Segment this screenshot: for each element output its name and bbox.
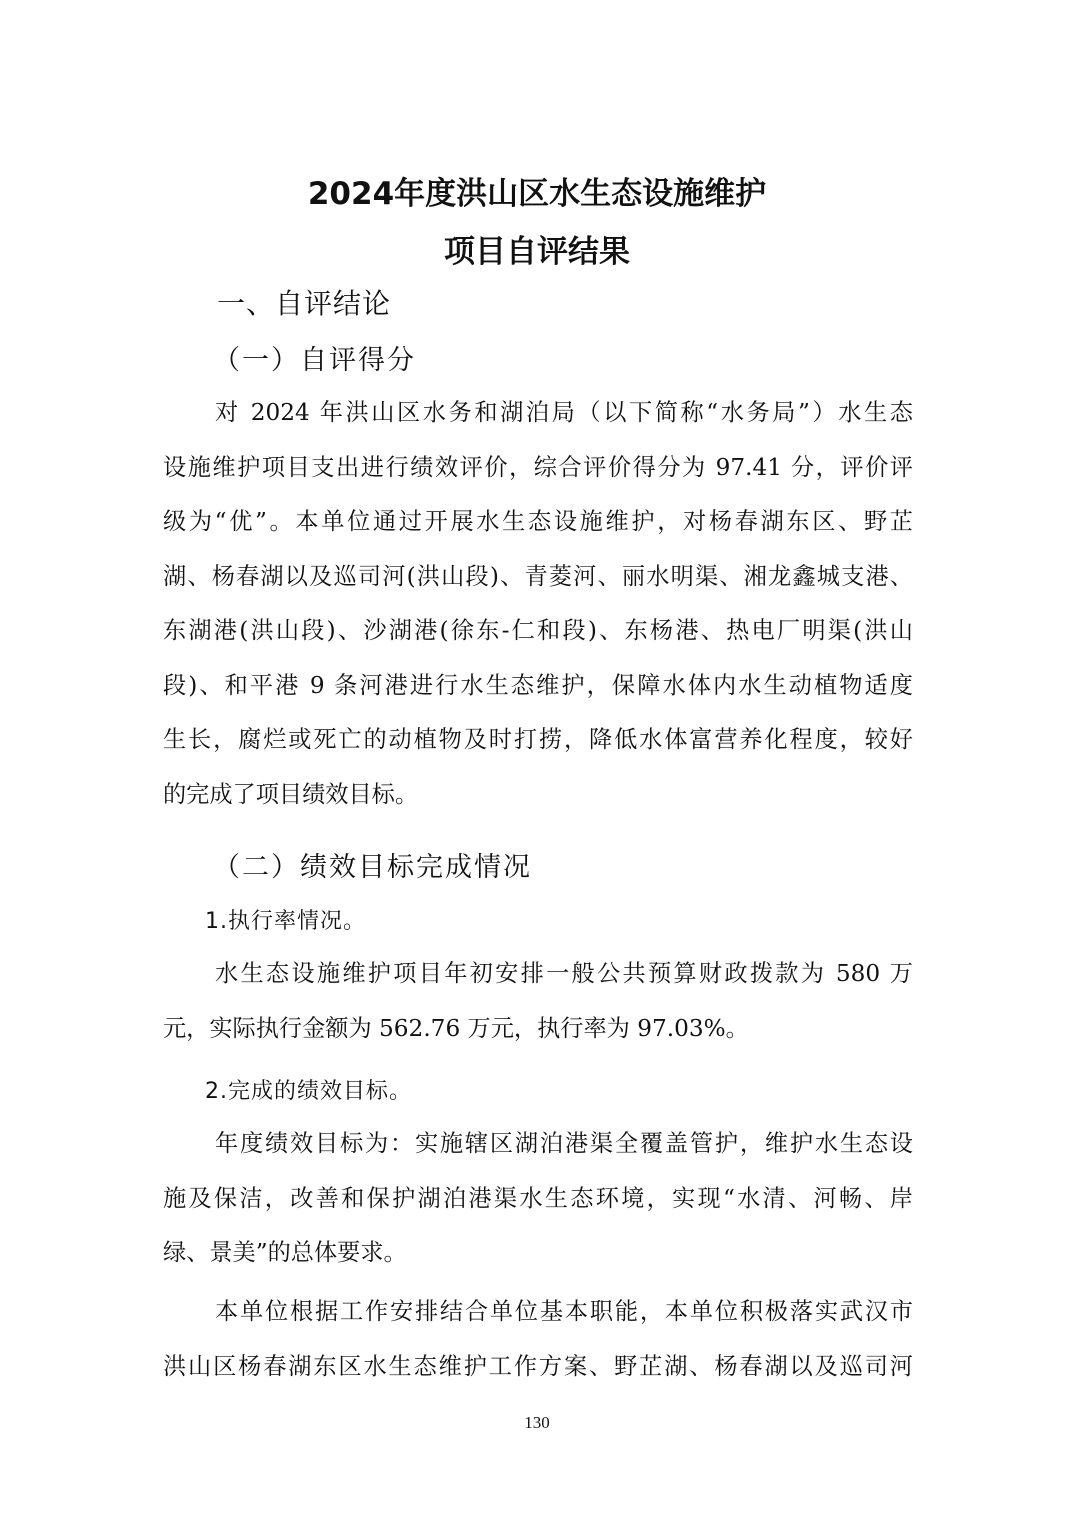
text-line: 水生态设施维护项目年初安排一般公共预算财政拨款为 580 万 [163,947,913,1002]
text-line: 生长，腐烂或死亡的动植物及时打捞，降低水体富营养化程度，较好 [163,713,913,768]
text-line: 本单位根据工作安排结合单位基本职能，本单位积极落实武汉市 [163,1285,913,1340]
document-title-line-2: 项目自评结果 [0,226,1074,271]
text-line: 的完成了项目绩效目标。 [163,768,913,823]
text-line: 湖、杨春湖以及巡司河(洪山段)、青菱河、丽水明渠、湘龙鑫城支港、 [163,550,913,605]
text-line: 级为“优”。本单位通过开展水生态设施维护，对杨春湖东区、野芷 [163,495,913,550]
text-line: 东湖港(洪山段)、沙湖港(徐东-仁和段)、东杨港、热电厂明渠(洪山 [163,604,913,659]
section-heading-conclusion: 一、自评结论 [217,282,391,322]
implementation-paragraph: 本单位根据工作安排结合单位基本职能，本单位积极落实武汉市 洪山区杨春湖东区水生态… [163,1285,913,1394]
text-line: 段)、和平港 9 条河港进行水生态维护，保障水体内水生动植物适度 [163,659,913,714]
text-line: 设施维护项目支出进行绩效评价，综合评价得分为 97.41 分，评价评 [163,441,913,496]
execution-rate-paragraph: 水生态设施维护项目年初安排一般公共预算财政拨款为 580 万 元，实际执行金额为… [163,947,913,1056]
text-line: 元，实际执行金额为 562.76 万元，执行率为 97.03%。 [163,1002,913,1057]
text-line: 对 2024 年洪山区水务和湖泊局（以下简称“水务局”）水生态 [163,386,913,441]
item-heading-execution-rate: 1.执行率情况。 [205,904,366,935]
annual-goal-paragraph: 年度绩效目标为：实施辖区湖泊港渠全覆盖管护，维护水生态设 施及保洁，改善和保护湖… [163,1117,913,1281]
item-heading-completed-goals: 2.完成的绩效目标。 [205,1074,412,1105]
text-line: 绿、景美”的总体要求。 [163,1226,913,1281]
text-line: 年度绩效目标为：实施辖区湖泊港渠全覆盖管护，维护水生态设 [163,1117,913,1172]
subsection-heading-goals: （二）绩效目标完成情况 [213,845,532,884]
text-line: 施及保洁，改善和保护湖泊港渠水生态环境，实现“水清、河畅、岸 [163,1172,913,1227]
score-paragraph: 对 2024 年洪山区水务和湖泊局（以下简称“水务局”）水生态 设施维护项目支出… [163,386,913,822]
subsection-heading-score: （一）自评得分 [213,338,416,377]
text-line: 洪山区杨春湖东区水生态维护工作方案、野芷湖、杨春湖以及巡司河 [163,1340,913,1395]
document-title-line-1: 2024年度洪山区水生态设施维护 [0,168,1074,213]
page-number: 130 [0,1413,1074,1433]
